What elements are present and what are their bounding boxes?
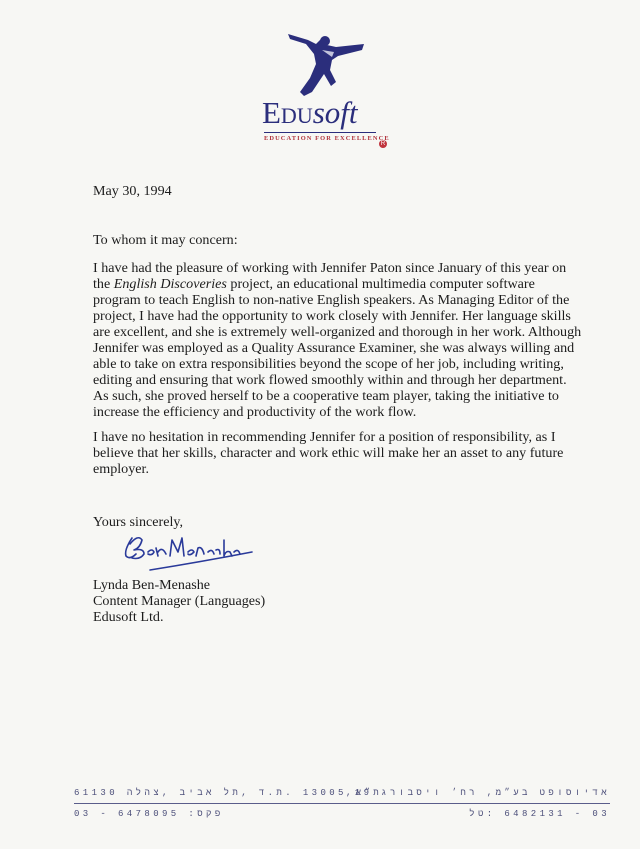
tagline: EDUCATION FOR EXCELLENCE [264,135,390,142]
registered-mark-icon: R [379,140,387,148]
brand-wordmark: Edusoft [262,96,392,130]
signer-title: Content Manager (Languages) [93,593,265,609]
letterhead-footer: 61130 ת״א 13005 .ת.ד ,תל אביב ,צהלה אדיו… [74,788,610,823]
signer-company: Edusoft Ltd. [93,609,265,625]
footer-address-left: 61130 ת״א 13005 .ת.ד ,תל אביב ,צהלה [74,788,382,798]
brand-underline [264,132,376,133]
brand-italic: soft [313,95,358,130]
footer-address-row: 61130 ת״א 13005 .ת.ד ,תל אביב ,צהלה אדיו… [74,788,610,802]
footer-fax: 03 - 6478095 :פקס [74,809,224,819]
edusoft-figure-logo-icon [286,30,366,98]
project-name: English Discoveries [114,276,227,292]
paragraph-1-rest: project, an educational multimedia compu… [93,276,581,420]
signature-icon [120,530,260,575]
footer-address-right: אדיוסופט בע״מ, רח׳ ויסבורג 19, [346,788,610,798]
paragraph-2: I have no hesitation in recommending Jen… [93,429,583,477]
footer-divider [74,803,610,804]
paragraph-1: I have had the pleasure of working with … [93,260,583,420]
letterhead: Edusoft EDUCATION FOR EXCELLENCE R [0,0,640,160]
letter-date: May 30, 1994 [93,183,593,199]
salutation: To whom it may concern: [93,232,238,248]
closing: Yours sincerely, [93,514,183,530]
brand-caps: Edu [262,95,313,130]
signer-block: Lynda Ben-Menashe Content Manager (Langu… [93,577,265,625]
footer-phone: 03 - 6482131 :טל [469,809,610,819]
signer-name: Lynda Ben-Menashe [93,577,265,593]
letter-body: May 30, 1994 To whom it may concern: I h… [93,183,593,199]
footer-contact-row: 03 - 6478095 :פקס 03 - 6482131 :טל [74,809,610,823]
